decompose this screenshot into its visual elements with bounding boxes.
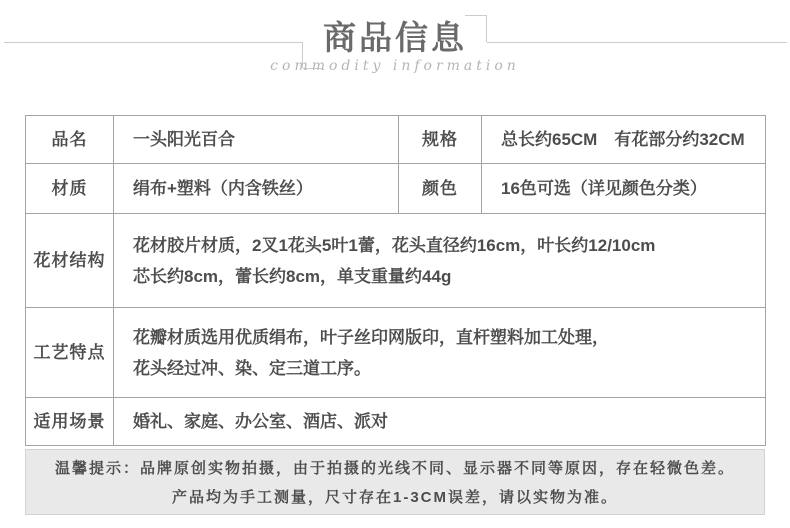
header: 商品信息 commodity information xyxy=(0,0,790,108)
notice-box: 温馨提示：品牌原创实物拍摄，由于拍摄的光线不同、显示器不同等原因，存在轻微色差。… xyxy=(25,449,765,515)
value-product-name: 一头阳光百合 xyxy=(114,116,399,164)
label-structure: 花材结构 xyxy=(26,214,114,308)
table-row-material-color: 材质 绢布+塑料（内含铁丝） 颜色 16色可选（详见颜色分类） xyxy=(26,164,766,214)
notice-line-1: 温馨提示：品牌原创实物拍摄，由于拍摄的光线不同、显示器不同等原因，存在轻微色差。 xyxy=(26,454,764,483)
label-color: 颜色 xyxy=(399,164,482,214)
value-material: 绢布+塑料（内含铁丝） xyxy=(114,164,399,214)
value-color: 16色可选（详见颜色分类） xyxy=(482,164,766,214)
label-scene: 适用场景 xyxy=(26,398,114,446)
label-material: 材质 xyxy=(26,164,114,214)
table-row-scene: 适用场景 婚礼、家庭、办公室、酒店、派对 xyxy=(26,398,766,446)
page-title: 商品信息 xyxy=(0,12,790,59)
table-row-craft: 工艺特点 花瓣材质选用优质绢布，叶子丝印网版印，直杆塑料加工处理， 花头经过冲、… xyxy=(26,308,766,398)
notice-line-2: 产品均为手工测量，尺寸存在1-3CM误差，请以实物为准。 xyxy=(26,483,764,512)
table-row-name-spec: 品名 一头阳光百合 规格 总长约65CM 有花部分约32CM xyxy=(26,116,766,164)
label-product-name: 品名 xyxy=(26,116,114,164)
value-craft: 花瓣材质选用优质绢布，叶子丝印网版印，直杆塑料加工处理， 花头经过冲、染、定三道… xyxy=(114,308,766,398)
value-scene: 婚礼、家庭、办公室、酒店、派对 xyxy=(114,398,766,446)
page-subtitle: commodity information xyxy=(0,58,790,74)
value-specification: 总长约65CM 有花部分约32CM xyxy=(482,116,766,164)
table-row-structure: 花材结构 花材胶片材质，2叉1花头5叶1蕾，花头直径约16cm，叶长约12/10… xyxy=(26,214,766,308)
product-info-table: 品名 一头阳光百合 规格 总长约65CM 有花部分约32CM 材质 绢布+塑料（… xyxy=(25,115,766,446)
value-structure: 花材胶片材质，2叉1花头5叶1蕾，花头直径约16cm，叶长约12/10cm 芯长… xyxy=(114,214,766,308)
label-craft: 工艺特点 xyxy=(26,308,114,398)
label-specification: 规格 xyxy=(399,116,482,164)
product-info-page: 商品信息 commodity information 品名 一头阳光百合 规格 … xyxy=(0,0,790,528)
